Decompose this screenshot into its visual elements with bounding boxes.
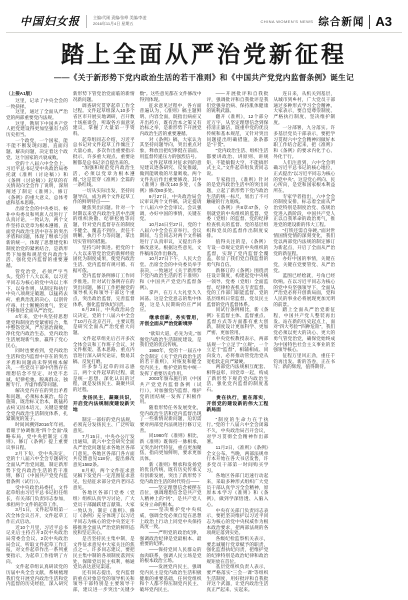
body-paragraph: 出席全会的中央委员、候补中央委员和列席人员进行了认真讨论，一致认为，两个文件坚持… (6, 206, 68, 269)
body-paragraph: 两部党内法规相互配套、相得益彰，同党章一起，构成了新形势下规范党内政治生活、强化… (206, 364, 268, 392)
body-paragraph: 4年来，党中央坚持思想建党和制度治党紧密结合，集中整饬党风，严厉惩治腐败，净化党… (6, 314, 68, 348)
body-paragraph: 10月27日下午，人民大会堂。出席全会的中央委员举手表决，一致通过《关于新形势下… (140, 256, 202, 290)
body-paragraph: 中央党校教授表示，两部法规一个立足于“立规”，一个立足于“监督”，相辅相成、同向… (206, 336, 268, 364)
body-paragraph: 一切从实际出发，坚持问题导向，成为两个文件起草工作的鲜明特点—— (73, 188, 135, 205)
body-paragraph: 各级纪检监察机关表示，要忠诚履行党章赋予的职责，强化监督执纪问责，把维护党的纪律… (206, 536, 268, 564)
page-header: 中国妇女报 主编/代刚 责编/张峥 美编/李凌 2016年11月4日 星期五 C… (6, 13, 402, 33)
crosshead: 贵在执行，重在落实，开创党的建设新的伟大工程新局面 (206, 396, 268, 414)
body-paragraph: 是否坚持民主集中制，是文件征求意见中大家关注的焦点之一。许多同志建议，要把民主集… (73, 536, 135, 570)
body-paragraph: 党的十八届六中全会上，习近平总书记受中央政治局委托就《准则（讨论稿）》和《条例（… (6, 161, 68, 207)
body-paragraph: 许多参与起草的同志感言，两个文件起草的过程，就是统一思想、深化认识的过程，就是发… (73, 364, 135, 392)
body-paragraph: ——坚决维护党中央权威，强调全党必须自觉在思想上政治上行动上同党中央保持高度一致… (140, 507, 202, 530)
article-subtitle: ——《关于新形势下党内政治生活的若干准则》和《中国共产党党内监督条例》诞生记 (6, 72, 402, 83)
paper-name-english: CHINA WOMEN'S NEWS (261, 19, 314, 24)
body-paragraph: 7月15日，中央办公厅发出通知，就六中全会研究全面从严治党问题征求各地区各部门意… (73, 434, 135, 468)
crosshead: 发扬民主，凝聚共识，开启党内法规制度建设新天地 (73, 396, 135, 414)
body-paragraph: 同1980年《准则》相比，新《准则》既保持一脉相承，又突出时代特征，重点更加聚焦… (140, 433, 202, 461)
body-paragraph: “制度的生命力在于执行。”党的十八届六中全会闭幕不久，中央政治局召开会议，对学习… (206, 417, 268, 445)
body-paragraph: 蓝图已经绘就，号角已经吹响。在以习近平同志为核心的党中央坚强领导下，全面从严治党… (273, 273, 335, 307)
newspaper-page: 中国妇女报 主编/代刚 责编/张峥 美编/李凌 2016年11月4日 星期五 C… (0, 0, 408, 600)
body-paragraph: 《条例》共8章47条，分别就党的中央组织的监督、党委（党组）的监督、党的纪律检查… (206, 205, 268, 239)
body-paragraph: 对《条例》稿，大家认为其坚持问题导向，突出重点对象，释放出把纪律挺在前面、用监督… (140, 137, 202, 160)
body-paragraph: 2月下旬，党中央决定，党的十八届六中全会专题研究全面从严治党问题，制定新形势下党… (6, 451, 68, 485)
body-paragraph: 翻开《准则》，12个部分近万字，从坚定理想信念到保持清正廉洁，既重申党的优良传统… (206, 114, 268, 148)
body-paragraph: 掌声，在万人大礼堂久久回荡。这是全党意志的集中体现，这是人民期盼的庄严回应。 (140, 290, 202, 313)
crosshead: 继承创新，务实管用，开创全面从严治党新境界 (140, 316, 202, 328)
body-paragraph: 文件起草组对征求到的意见建议逐条研究、反复推敲，做到能吸收的尽量吸收。两个文件先… (140, 160, 202, 194)
body-paragraph: 这里，通过了全面从严治党的两部重要党内法规。 (6, 109, 68, 120)
body-paragraph: 中央有关部门负责同志表示，要把坚决维护以习近平同志为核心的党中央权威作为根本政治… (206, 508, 268, 536)
body-paragraph: 文件起草组先后召开多次全体会议和工作班子会议，对文件框架、基本思路、重点内容进行… (73, 336, 135, 364)
body-paragraph: 8月初，两个文件征求意见稿下发党内一定范围征求意见，包括征求部分党内老同志意见。 (73, 468, 135, 491)
header-left: 中国妇女报 主编/代刚 责编/张峥 美编/李凌 2016年11月4日 星期五 (20, 13, 147, 29)
body-paragraph: 征求意见过程中，各方面普遍认为，《准则》稿主题鲜明、内容全面，既指出病症又开出药… (140, 103, 202, 137)
body-paragraph: ——开展批评和自我批评，强调批评和自我批评是我们党强身治病、保持肌体健康的锐利武… (206, 91, 268, 114)
body-paragraph: 一分部署，九分落实。许多基层党员干部表示，要把学习贯彻六中全会精神同做好本职工作… (273, 125, 335, 159)
body-paragraph: 人们注意到，六中全会明确习近平总书记的核心地位，正式提出“以习近平同志为核心的党… (273, 160, 335, 194)
body-paragraph: 3月1日，文件起草组第一次全体会议召开，文件起草工作正式启动。 (6, 507, 68, 524)
body-paragraph: “打铁还需自身硬。”面对世情国情党情的深刻变化，我们党以两部党内法规的制定修订为… (273, 228, 335, 256)
page-number-divider (369, 15, 370, 29)
section-name: 综合新闻 (318, 14, 364, 29)
body-paragraph: 新修订的《条例》围绕责任设计制度，构建起党中央统一领导、党委（党组）全面监督、纪… (206, 268, 268, 308)
body-paragraph: “欲知大道，必先为史。”加强党内政治生活制度建设，是我们党的优良传统。 (140, 331, 202, 348)
body-paragraph: ——保持党同人民群众的血肉联系，强调人民立场是党的根本政治立场。 (140, 547, 202, 564)
body-paragraph: 基层党组织负责人表示，要严格落实“三会一课”等组织生活制度，用好批评和自我批评这… (206, 564, 268, 592)
body-paragraph: 征程万里风正劲，重任千钧再出发。新的答卷，正在书写；新的辉煌，值得期待。 (273, 353, 335, 370)
body-paragraph: 6月28日，中央政治局会议决定，党的十八届六中全会于10月在北京召开，主要议程是… (73, 307, 135, 335)
body-paragraph: 受中央政治局委托，文件起草组由习近平总书记担任组长，有关部门负责同志参加，承担两… (6, 485, 68, 508)
date-line: 2016年11月4日 星期五 (93, 21, 147, 27)
body-paragraph: 11月2日，《准则》《条例》全文公布。当晚，两部法规单行本开始在各大书店发售，许… (206, 445, 268, 473)
body-paragraph: 解决党内存在的突出矛盾和问题，必须标本兼治、综合施策，既治标又治本，既猛药去疴又… (6, 388, 68, 422)
page-number: A3 (375, 14, 392, 29)
header-right: CHINA WOMEN'S NEWS 综合新闻 A3 (261, 14, 392, 29)
body-paragraph: 1980年，党的十一届五中全会制定《关于党内政治生活的若干准则》，对恢复和健全党… (140, 348, 202, 376)
header-divider (86, 15, 87, 28)
body-paragraph: 新《准则》继承和发扬党的优良传统，既有历史传承又有创新发展，突出了新形势下党内政… (140, 462, 202, 485)
body-paragraph: 踏上全面从严治党新征程，中国共产党人整装再出发。站在新的历史起点上，面对“四大考… (273, 307, 335, 353)
body-paragraph: 时间回溯到2016年年初。着眼于协调推进“四个全面”战略布局，党中央把制定《准则… (6, 422, 68, 450)
body-paragraph: 制定一部好的党内法规，必须充分发扬民主、广泛听取意见。 (73, 417, 135, 434)
article-title: 踏上全面从严治党新征程 (6, 42, 402, 67)
body-paragraph: 党内监督条例修订工作同步推进。针对试行条例存在的突出问题，修订工作把握党的领导机… (73, 273, 135, 307)
body-paragraph: 9月27日，中央政治局会议审议两个文件稿，决定提请十八届六中全会审议。会议强调，… (140, 194, 202, 222)
body-paragraph: 管党治党，必须严字当头。党的十八大以来，以习近平同志为核心的党中央以上率下、以身… (6, 269, 68, 315)
body-paragraph: 各地区各部门迅速行动起来，采取多种形式组织广大党员干部认真学习全会精神，原原本本… (206, 473, 268, 507)
body-paragraph: 各地区各部门党委（党组）组织认真学习讨论，广大党员干部踊跃建言献策。大家一致认为… (73, 490, 135, 536)
body-paragraph: ——严明党的政治纪律，强调政治纪律是党最根本、最重要的纪律。 (140, 530, 202, 547)
body-paragraph: 10月24日至27日，党的十八届六中全会在京举行。会议期间，与会同志对两个文件稿… (140, 222, 202, 256)
body-paragraph: 起草组同志介绍，习近平总书记对文件起草工作倾注了大量心血，多次作出重要指示批示，… (73, 137, 135, 165)
body-paragraph: 近10个月里，习近平总书记先后主持召开3次中央政治局常委会会议、2次中央政治局会… (6, 525, 68, 565)
body-paragraph: 办好中国的事情，关键在党，关键在党要管党、从严治党。 (273, 256, 335, 273)
body-paragraph: “加强和规范党内政治生活，必须以党章为根本遵循。”这是贯穿《准则》全篇的一条红线… (73, 165, 135, 188)
body-paragraph: 同试行条例相比，新《条例》在监督主体、监督重点、监督方式等方面都有重大创新，制度… (206, 307, 268, 335)
body-paragraph: 随着形势任务发展变化，党内政治生活和党内监督出现了一些新情况新问题，迫切需要对两… (140, 405, 202, 433)
body-paragraph: 一个政党，一个国家，能不能不断发现问题、直面问题、解决问题，决定着这个政党、这个… (6, 138, 68, 161)
body-paragraph: 专家指出，《准则》针对的是党内政治生活中的突出问题，立起了新形势下党内政治生活的… (206, 177, 268, 205)
body-paragraph: 连日来，从机关到基层，从城市到乡村，广大党员干部通过多种形式学习全会精神。大家表… (273, 91, 335, 125)
body-paragraph: ——坚定理想信念被摆在首位，强调理想信念是共产党人精神上的“钙”，是共产党人安身… (140, 485, 202, 508)
body-paragraph: 这里，镌刻下中国共产党人把党建设得更加坚强有力的历史担当。 (6, 121, 68, 138)
body-paragraph: 调查研究贯穿起草工作全过程。文件起草组深入10多个省区市开展实地调研，召开数十场… (73, 103, 135, 137)
newspaper-logo: 中国妇女报 (20, 13, 80, 29)
body-paragraph: ——发展党内民主，强调党内民主是党内政治生活积极健康的重要基础，任何党组织和个人… (140, 564, 202, 592)
body-paragraph: 专家学者指出，六中全会的制度安排，标志着全面从严治党特别是制度治党、依规治党进入… (273, 194, 335, 228)
body-paragraph: 坚持与时俱进。把党的十八大以来管党治党的新鲜经验固化为制度成果，使党内政治生活、… (73, 245, 135, 273)
edition-info: 主编/代刚 责编/张峥 美编/李凌 2016年11月4日 星期五 (93, 15, 147, 28)
continuation-marker: （上接A1版） (6, 91, 68, 97)
body-paragraph: 同时也要看到，党内政治生活和党内监督中存在的突出矛盾和问题尚未得到根本解决，一些… (6, 348, 68, 388)
article-body: （上接A1版）这里，记录了中央全会的一致抉择。这里，通过了全面从严治党的两部重要… (6, 91, 402, 597)
body-paragraph: “党内政治生活、组织生活都要讲政治、讲原则、讲规矩，不能搞假大空，不能搞形式主义… (206, 148, 268, 176)
body-paragraph: 聚焦突出问题。针对一个时期以来党内政治生活中出现的组织涣散、纪律松弛等问题，针对… (73, 205, 135, 245)
body-paragraph: 这里，记录了中央全会的一致抉择。 (6, 98, 68, 109)
body-paragraph: 2003年颁布施行的《中国共产党党内监督条例（试行）》，对加强党内监督、维护党的… (140, 376, 202, 404)
body-paragraph: 值得关注的是，《条例》专设一章规定党的中央组织的监督，实现了党内监督全覆盖，彰显… (206, 239, 268, 267)
